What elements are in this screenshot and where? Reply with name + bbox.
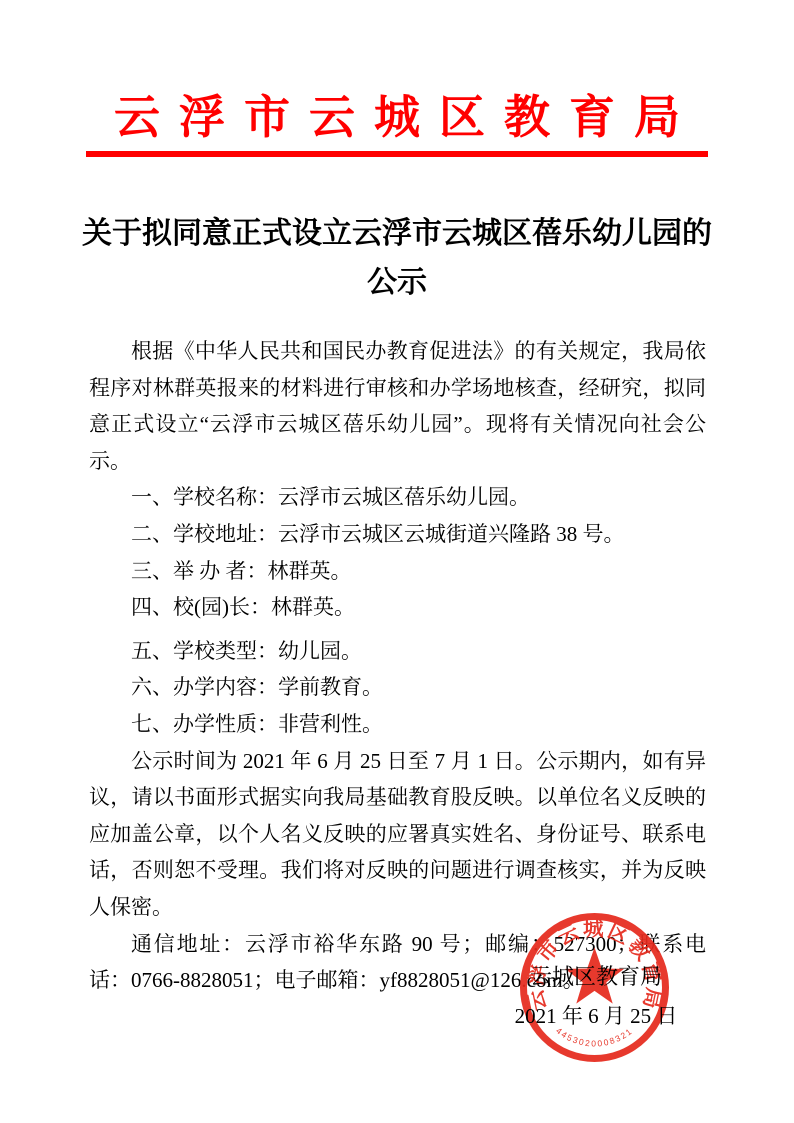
document-page: 云浮市云城区教育局 关于拟同意正式设立云浮市云城区蓓乐幼儿园的 公示 根据《中华… — [0, 0, 794, 1123]
notice-period-paragraph: 公示时间为 2021 年 6 月 25 日至 7 月 1 日。公示期内，如有异议… — [89, 743, 706, 926]
list-item-school-name: 一、学校名称：云浮市云城区蓓乐幼儿园。 — [89, 479, 706, 516]
signature-agency: 云城区教育局 — [498, 963, 694, 991]
signature-date: 2021 年 6 月 25 日 — [498, 1002, 694, 1030]
document-title-line2: 公示 — [0, 258, 794, 307]
signature-block: 云城区教育局 2021 年 6 月 25 日 — [498, 963, 694, 1030]
list-item-education-content: 六、办学内容：学前教育。 — [89, 669, 706, 706]
list-item-school-type: 五、学校类型：幼儿园。 — [89, 633, 706, 670]
agency-header-title: 云浮市云城区教育局 — [0, 90, 794, 146]
intro-paragraph: 根据《中华人民共和国民办教育促进法》的有关规定，我局依程序对林群英报来的材料进行… — [89, 333, 706, 479]
list-item-organizer: 三、举 办 者：林群英。 — [89, 553, 706, 590]
document-title: 关于拟同意正式设立云浮市云城区蓓乐幼儿园的 公示 — [0, 209, 794, 307]
list-item-operation-nature: 七、办学性质：非营利性。 — [89, 706, 706, 743]
list-item-school-address: 二、学校地址：云浮市云城区云城街道兴隆路 38 号。 — [89, 516, 706, 553]
document-title-line1: 关于拟同意正式设立云浮市云城区蓓乐幼儿园的 — [0, 209, 794, 258]
header-divider-rule — [86, 151, 708, 157]
document-body: 根据《中华人民共和国民办教育促进法》的有关规定，我局依程序对林群英报来的材料进行… — [89, 333, 706, 999]
list-item-principal: 四、校(园)长：林群英。 — [89, 589, 706, 626]
